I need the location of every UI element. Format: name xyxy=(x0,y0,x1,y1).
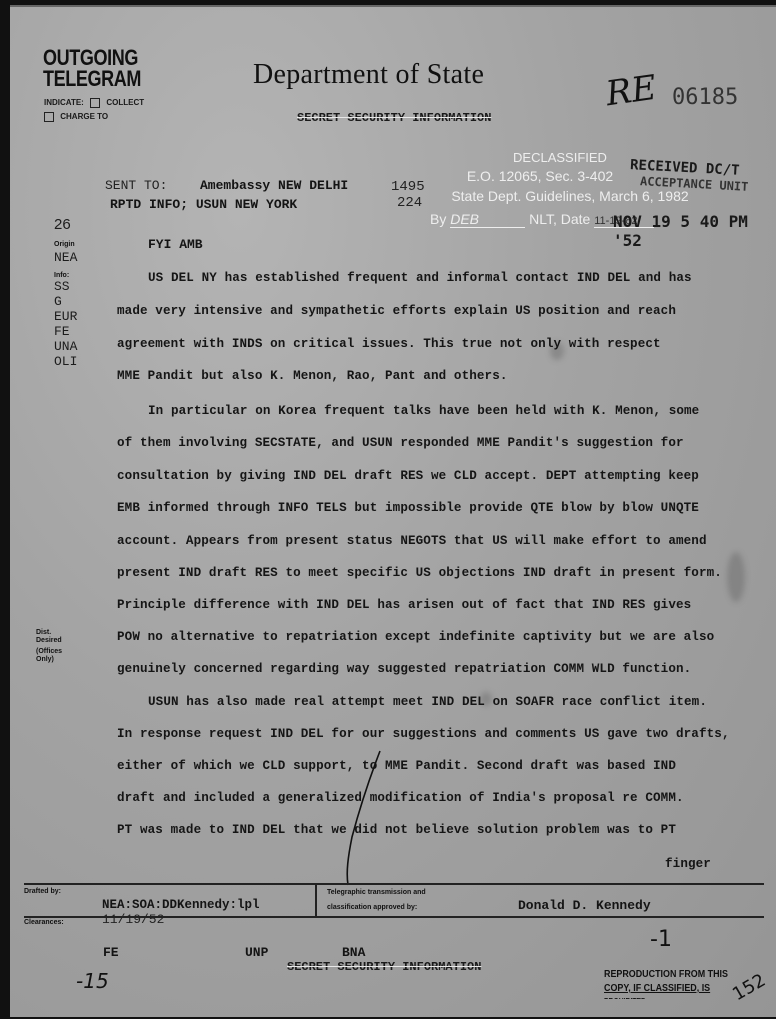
handwritten-initials: RE xyxy=(603,68,658,115)
body-line: POW no alternative to repatriation excep… xyxy=(117,630,714,644)
offices-label: (Offices xyxy=(36,648,62,656)
clearance-fe: FE xyxy=(103,945,119,960)
handwritten-right-note: -1 xyxy=(650,927,672,952)
indicate-row: INDICATE: COLLECT xyxy=(44,98,144,108)
salutation: FYI AMB xyxy=(148,237,203,252)
clearances-label: Clearances: xyxy=(24,919,64,926)
body-line: agreement with INDS on critical issues. … xyxy=(117,337,661,351)
reproduction-notice: REPRODUCTION FROM THIS COPY, IF CLASSIFI… xyxy=(604,967,728,999)
clearance-bna: BNA xyxy=(342,945,365,960)
only-label: Only) xyxy=(36,656,62,664)
classification-top: SECRET SECURITY INFORMATION xyxy=(297,111,491,125)
body-line: USUN has also made real attempt meet IND… xyxy=(148,695,707,709)
rptd-info: RPTD INFO; USUN NEW YORK xyxy=(110,197,297,212)
sent-to-label: SENT TO: xyxy=(105,178,167,193)
tel-number-1: 1495 xyxy=(391,179,425,195)
footer-divider xyxy=(315,883,317,916)
declass-line3: State Dept. Guidelines, March 6, 1982 xyxy=(420,188,720,204)
body-line: US DEL NY has established frequent and i… xyxy=(148,271,692,285)
handwritten-page-number: 152 xyxy=(729,970,769,1005)
body-line: MME Pandit but also K. Menon, Rao, Pant … xyxy=(117,369,508,383)
dist-desired-label: Dist. Desired (Offices Only) xyxy=(36,629,62,664)
body-line: Principle difference with IND DEL has ar… xyxy=(117,598,691,612)
smudge xyxy=(727,552,745,602)
body-line: In response request IND DEL for our sugg… xyxy=(117,727,730,741)
pen-stroke xyxy=(340,747,400,887)
form-title-line2: TELEGRAM xyxy=(43,68,141,89)
dist-label: Dist. xyxy=(36,629,62,637)
repro-line3: PROHIBITED xyxy=(604,995,728,999)
stamp-number: 06185 xyxy=(672,85,738,110)
sidebar-number: 26 xyxy=(54,217,71,232)
drafted-by-value: NEA:SOA:DDKennedy:lpl xyxy=(102,898,260,912)
clearance-unp: UNP xyxy=(245,945,268,960)
approval-label-2: classification approved by: xyxy=(327,904,417,911)
collect-checkbox[interactable] xyxy=(90,98,100,108)
charge-to-label: CHARGE TO xyxy=(60,112,108,121)
charge-to-checkbox[interactable] xyxy=(44,112,54,122)
info-code: OLI xyxy=(54,354,77,369)
continuation-word: finger xyxy=(665,857,711,871)
form-title-line1: OUTGOING xyxy=(43,47,141,68)
info-code: G xyxy=(54,294,77,309)
drafted-by-label: Drafted by: xyxy=(24,888,61,895)
footer-rule-top xyxy=(24,883,764,885)
department-title: Department of State xyxy=(253,59,484,91)
body-line: account. Appears from present status NEG… xyxy=(117,534,707,548)
body-line: draft and included a generalized modific… xyxy=(117,791,684,805)
drafted-date: 11/19/52 xyxy=(102,912,164,927)
info-code: EUR xyxy=(54,309,77,324)
body-line: made very intensive and sympathetic effo… xyxy=(117,304,676,318)
body-line: consultation by giving IND DEL draft RES… xyxy=(117,469,699,483)
info-code: FE xyxy=(54,324,77,339)
body-line: genuinely concerned regarding way sugges… xyxy=(117,662,691,676)
body-line: EMB informed through INFO TELS but impos… xyxy=(117,501,699,515)
declass-line2: E.O. 12065, Sec. 3-402 xyxy=(450,168,630,184)
tel-number-2: 224 xyxy=(397,195,422,211)
desired-label: Desired xyxy=(36,637,62,645)
declass-by-label: By xyxy=(430,211,446,227)
classification-bottom: SECRET SECURITY INFORMATION xyxy=(287,960,481,974)
declass-date-label: NLT, Date xyxy=(529,211,590,227)
approved-by: Donald D. Kennedy xyxy=(518,898,651,913)
received-datetime: NOV 19 5 40 PM '52 xyxy=(613,212,776,250)
body-line: In particular on Korea frequent talks ha… xyxy=(148,404,699,418)
body-line: present IND draft RES to meet specific U… xyxy=(117,566,722,580)
approval-label-1: Telegraphic transmission and xyxy=(327,889,426,896)
info-code: UNA xyxy=(54,339,77,354)
telegram-page: OUTGOING TELEGRAM INDICATE: COLLECT CHAR… xyxy=(10,5,776,1017)
info-codes: SS G EUR FE UNA OLI xyxy=(54,279,77,369)
declass-by-value: DEB xyxy=(450,211,525,228)
repro-line1: REPRODUCTION FROM THIS xyxy=(604,967,728,981)
repro-line2: COPY, IF CLASSIFIED, IS xyxy=(604,981,728,995)
info-code: SS xyxy=(54,279,77,294)
charge-row: CHARGE TO xyxy=(44,112,108,122)
origin-value: NEA xyxy=(54,250,77,265)
sent-to-value: Amembassy NEW DELHI xyxy=(200,178,348,193)
indicate-label: INDICATE: xyxy=(44,98,84,107)
handwritten-left-note: -15 xyxy=(76,969,109,993)
collect-label: COLLECT xyxy=(106,98,144,107)
form-title: OUTGOING TELEGRAM xyxy=(43,47,141,89)
body-line: of them involving SECSTATE, and USUN res… xyxy=(117,436,684,450)
